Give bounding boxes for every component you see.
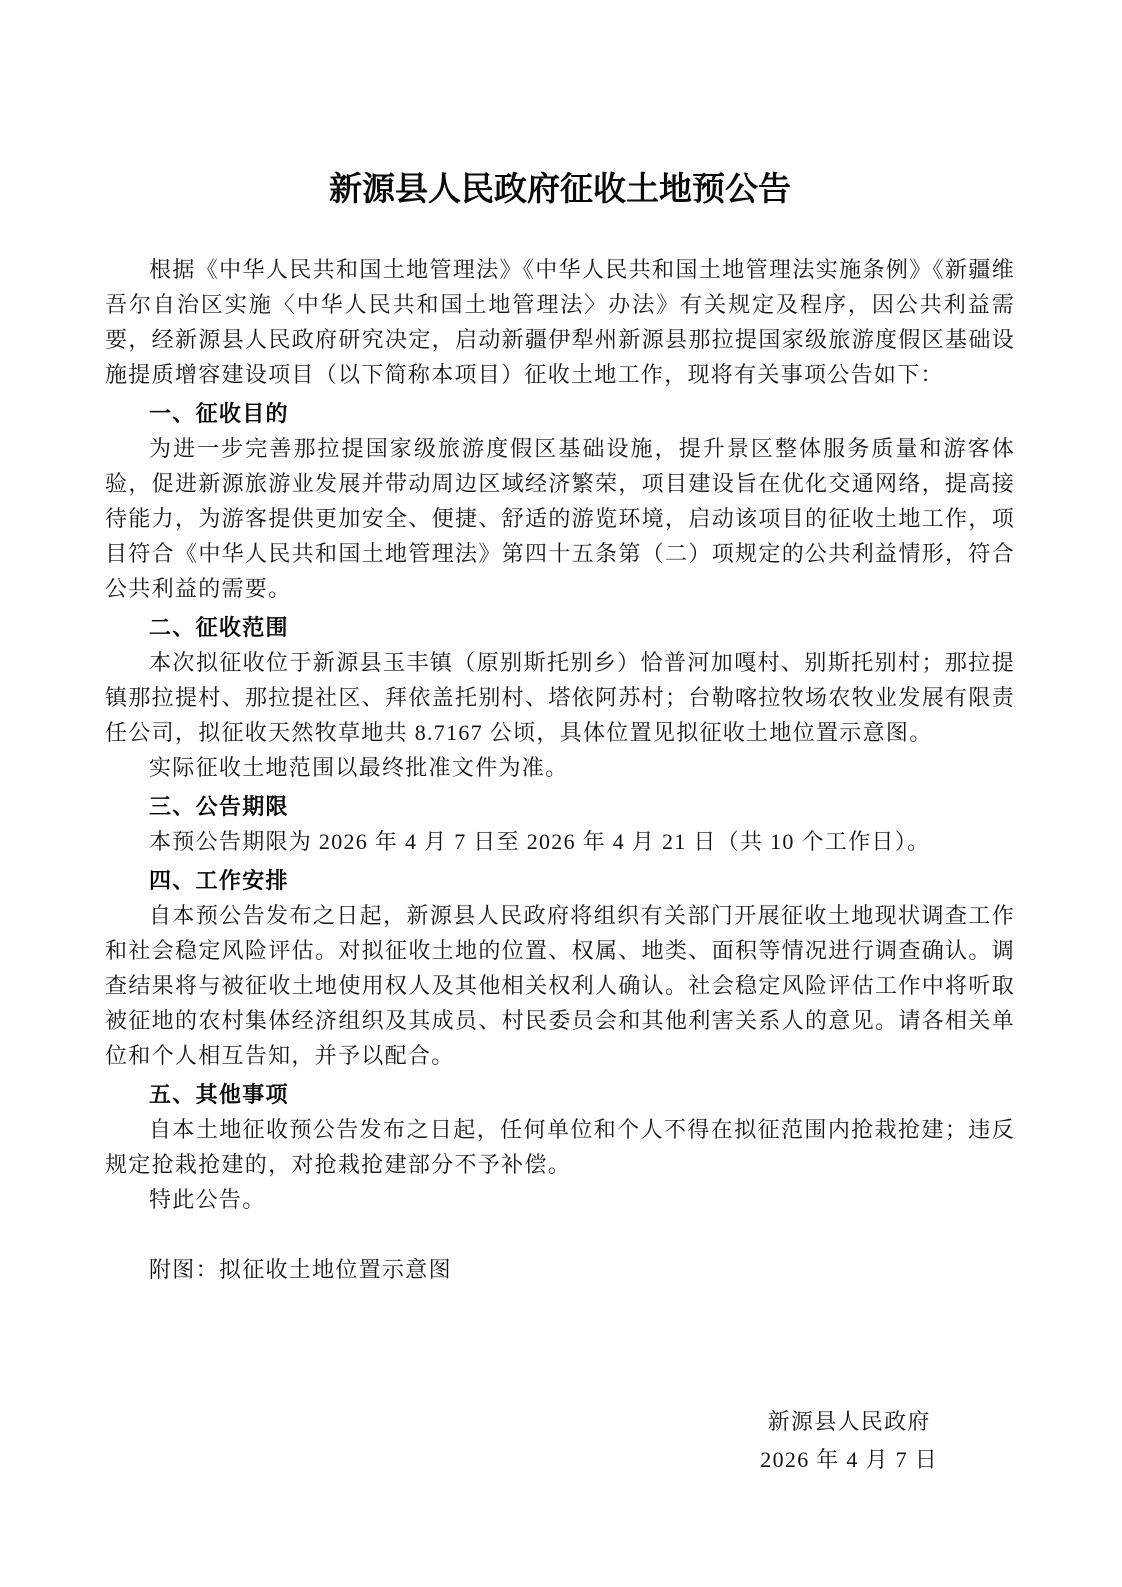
section-5-paragraph-2: 特此公告。 — [105, 1182, 1015, 1217]
section-2-paragraph-2: 实际征收土地范围以最终批准文件为准。 — [105, 750, 1015, 785]
signature-block: 新源县人民政府 2026 年 4 月 7 日 — [760, 1403, 938, 1479]
signature-date: 2026 年 4 月 7 日 — [760, 1441, 938, 1479]
section-1-paragraph-1: 为进一步完善那拉提国家级旅游度假区基础设施，提升景区整体服务质量和游客体验，促进… — [105, 431, 1015, 606]
section-heading-5: 五、其他事项 — [105, 1077, 1015, 1112]
section-heading-2: 二、征收范围 — [105, 610, 1015, 645]
section-heading-1: 一、征收目的 — [105, 396, 1015, 431]
section-4-paragraph-1: 自本预公告发布之日起，新源县人民政府将组织有关部门开展征收土地现状调查工作和社会… — [105, 898, 1015, 1073]
document-body: 根据《中华人民共和国土地管理法》《中华人民共和国土地管理法实施条例》《新疆维吾尔… — [105, 252, 1015, 1287]
section-heading-4: 四、工作安排 — [105, 863, 1015, 898]
page-title: 新源县人民政府征收土地预公告 — [105, 168, 1015, 212]
section-3-paragraph-1: 本预公告期限为 2026 年 4 月 7 日至 2026 年 4 月 21 日（… — [105, 824, 1015, 859]
intro-paragraph: 根据《中华人民共和国土地管理法》《中华人民共和国土地管理法实施条例》《新疆维吾尔… — [105, 252, 1015, 392]
attachment-note: 附图：拟征收土地位置示意图 — [105, 1252, 1015, 1287]
section-2-paragraph-1: 本次拟征收位于新源县玉丰镇（原别斯托别乡）恰普河加嘎村、别斯托别村；那拉提镇那拉… — [105, 645, 1015, 750]
document-content: 新源县人民政府征收土地预公告 根据《中华人民共和国土地管理法》《中华人民共和国土… — [0, 0, 1122, 1479]
section-heading-3: 三、公告期限 — [105, 789, 1015, 824]
section-5-paragraph-1: 自本土地征收预公告发布之日起，任何单位和个人不得在拟征范围内抢栽抢建；违反规定抢… — [105, 1112, 1015, 1182]
signature-org: 新源县人民政府 — [760, 1403, 938, 1441]
document-page: 新源县人民政府征收土地预公告 根据《中华人民共和国土地管理法》《中华人民共和国土… — [0, 0, 1122, 1587]
